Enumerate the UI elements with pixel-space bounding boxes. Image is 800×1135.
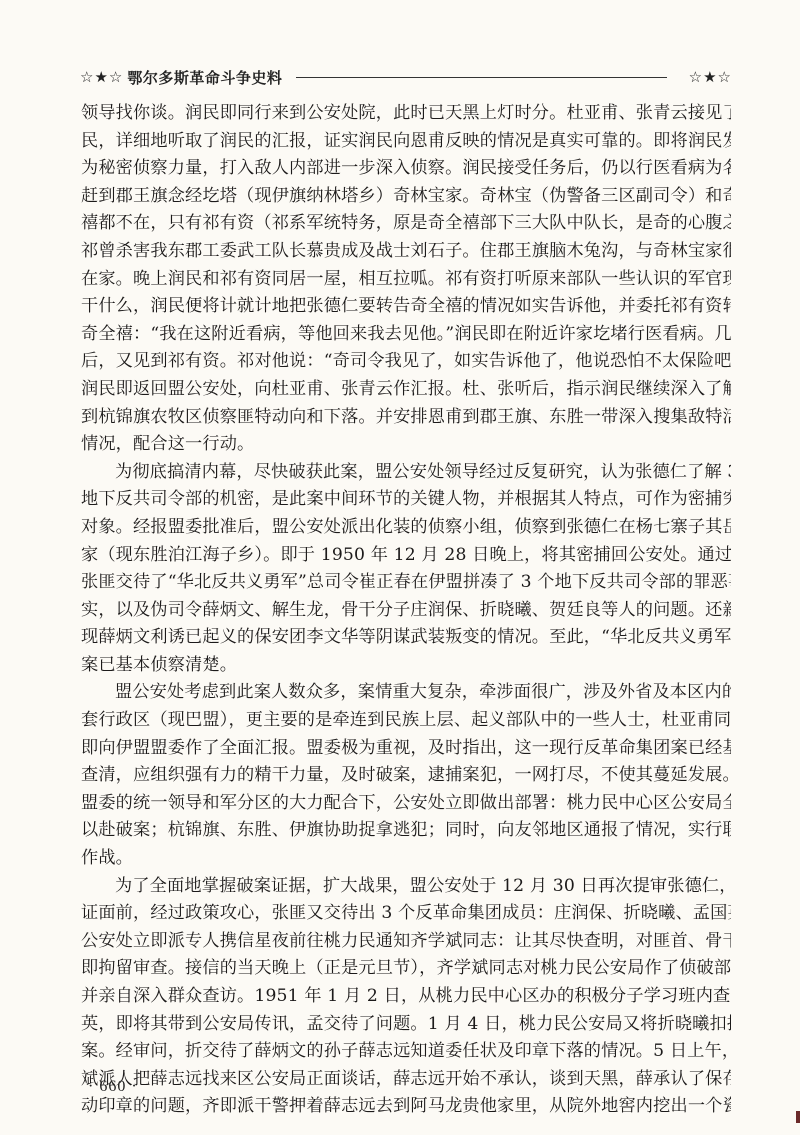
text-line: 查清，应组织强有力的精干力量，及时破案，逮捕案犯，一网打尽，不使其蔓延发展。在 [81, 762, 731, 790]
text-line: 现薛炳文利诱已起义的保安团李文华等阴谋武装叛变的情况。至此，“华北反共义勇军”一 [81, 624, 731, 652]
text-line: 实，以及伪司令薛炳文、解生龙，骨干分子庄润保、折晓曦、贺廷良等人的问题。还新发 [81, 597, 731, 625]
text-line: 到杭锦旗农牧区侦察匪特动向和下落。并安排恩甫到郡王旗、东胜一带深入搜集敌特活动 [81, 404, 731, 432]
text-line: 赶到郡王旗念经圪塔（现伊旗纳林塔乡）奇林宝家。奇林宝（伪警备三区副司令）和奇全 [81, 183, 731, 211]
header-rule [296, 77, 666, 78]
text-line: 为秘密侦察力量，打入敌人内部进一步深入侦察。润民接受任务后，仍以行医看病为名， [81, 155, 731, 183]
paragraph: 领导找你谈。润民即同行来到公安处院，此时已天黑上灯时分。杜亚甫、张青云接见了润民… [81, 100, 731, 459]
text-line: 为了全面地掌握破案证据，扩大战果，盟公安处于 12 月 30 日再次提审张德仁，… [81, 873, 731, 901]
text-line: 张匪交待了“华北反共义勇军”总司令崔正春在伊盟拼凑了 3 个地下反共司令部的罪恶… [81, 569, 731, 597]
text-line: 为彻底搞清内幕，尽快破获此案，盟公安处领导经过反复研究，认为张德仁了解 3 个 [81, 459, 731, 487]
text-line: 盟委的统一领导和军分区的大力配合下，公安处立即做出部署：桃力民中心区公安局全力 [81, 790, 731, 818]
text-line: 案已基本侦察清楚。 [81, 652, 731, 680]
text-line: 公安处立即派专人携信星夜前往桃力民通知齐学斌同志：让其尽快查明，对匪首、骨干立 [81, 928, 731, 956]
text-line: 以赴破案；杭锦旗、东胜、伊旗协助捉拿逃犯；同时，向友邻地区通报了情况，实行联合 [81, 817, 731, 845]
text-line: 英，即将其带到公安局传讯，孟交待了问题。1 月 4 日，桃力民公安局又将折晓曦扣… [81, 1011, 731, 1039]
text-line: 领导找你谈。润民即同行来到公安处院，此时已天黑上灯时分。杜亚甫、张青云接见了润 [81, 100, 731, 128]
text-line: 在家。晚上润民和祁有资同居一屋，相互拉呱。祁有资打听原来部队一些认识的军官现在 [81, 266, 731, 294]
text-line: 润民即返回盟公安处，向杜亚甫、张青云作汇报。杜、张听后，指示润民继续深入了解， [81, 376, 731, 404]
text-line: 并亲自深入群众查访。1951 年 1 月 2 日，从桃力民中心区办的积极分子学习… [81, 983, 731, 1011]
text-line: 禧都不在，只有祁有资（祁系军统特务，原是奇全禧部下三大队中队长，是奇的心腹之一。 [81, 210, 731, 238]
text-line: 对象。经报盟委批准后，盟公安处派出化装的侦察小组，侦察到张德仁在杨七寨子其岳父 [81, 514, 731, 542]
book-page: ☆★☆ 鄂尔多斯革命斗争史料 ☆★☆ 领导找你谈。润民即同行来到公安处院，此时已… [0, 0, 800, 1135]
star-ornament-left-icon: ☆★☆ [80, 68, 123, 86]
star-ornament-right-icon: ☆★☆ [689, 68, 732, 86]
text-line: 即拘留审查。接信的当天晚上（正是元旦节），齐学斌同志对桃力民公安局作了侦破部署， [81, 955, 731, 983]
text-line: 后，又见到祁有资。祁对他说：“奇司令我见了，如实告诉他了，他说恐怕不太保险吧？” [81, 348, 731, 376]
text-line: 即向伊盟盟委作了全面汇报。盟委极为重视，及时指出，这一现行反革命集团案已经基本 [81, 735, 731, 763]
page-number: · 660 · [88, 1078, 138, 1096]
body-text: 领导找你谈。润民即同行来到公安处院，此时已天黑上灯时分。杜亚甫、张青云接见了润民… [81, 100, 731, 1121]
book-title: 鄂尔多斯革命斗争史料 [127, 67, 282, 88]
text-line: 祁曾杀害我东郡工委武工队长慕贵成及战士刘石子。住郡王旗脑木兔沟，与奇林宝家很近） [81, 238, 731, 266]
text-line: 斌派人把薛志远找来区公安局正面谈话，薛志远开始不承认，谈到天黑，薛承认了保存反 [81, 1066, 731, 1094]
text-line: 奇全禧：“我在这附近看病，等他回来我去见他。”润民即在附近许家圪堵行医看病。几天 [81, 321, 731, 349]
paragraph: 为了全面地掌握破案证据，扩大战果，盟公安处于 12 月 30 日再次提审张德仁，… [81, 873, 731, 1121]
text-line: 案。经审问，折交待了薛炳文的孙子薛志远知道委任状及印章下落的情况。5 日上午，齐… [81, 1038, 731, 1066]
text-line: 民，详细地听取了润民的汇报，证实润民向恩甫反映的情况是真实可靠的。即将润民发展 [81, 128, 731, 156]
text-line: 干什么，润民便将计就计地把张德仁要转告奇全禧的情况如实告诉他，并委托祁有资转告 [81, 293, 731, 321]
paragraph: 盟公安处考虑到此案人数众多，案情重大复杂，牵涉面很广，涉及外省及本区内的河套行政… [81, 679, 731, 872]
text-line: 作战。 [81, 845, 731, 873]
running-header: ☆★☆ 鄂尔多斯革命斗争史料 ☆★☆ [80, 66, 732, 88]
paragraph: 为彻底搞清内幕，尽快破获此案，盟公安处领导经过反复研究，认为张德仁了解 3 个地… [81, 459, 731, 680]
text-line: 地下反共司令部的机密，是此案中间环节的关键人物，并根据其人特点，可作为密捕突审 [81, 486, 731, 514]
text-line: 盟公安处考虑到此案人数众多，案情重大复杂，牵涉面很广，涉及外省及本区内的河 [81, 679, 731, 707]
text-line: 套行政区（现巴盟），更主要的是牵连到民族上层、起义部队中的一些人士，杜亚甫同志立 [81, 707, 731, 735]
text-line: 动印章的问题，齐即派干警押着薛志远去到阿马龙贵他家里，从院外地窖内挖出一个瓷罐 [81, 1093, 731, 1121]
text-line: 情况，配合这一行动。 [81, 431, 731, 459]
page-edge-mark [796, 1111, 800, 1123]
text-line: 证面前，经过政策攻心，张匪又交待出 3 个反革命集团成员：庄润保、折晓曦、孟国英… [81, 900, 731, 928]
text-line: 家（现东胜泊江海子乡）。即于 1950 年 12 月 28 日晚上，将其密捕回公… [81, 542, 731, 570]
